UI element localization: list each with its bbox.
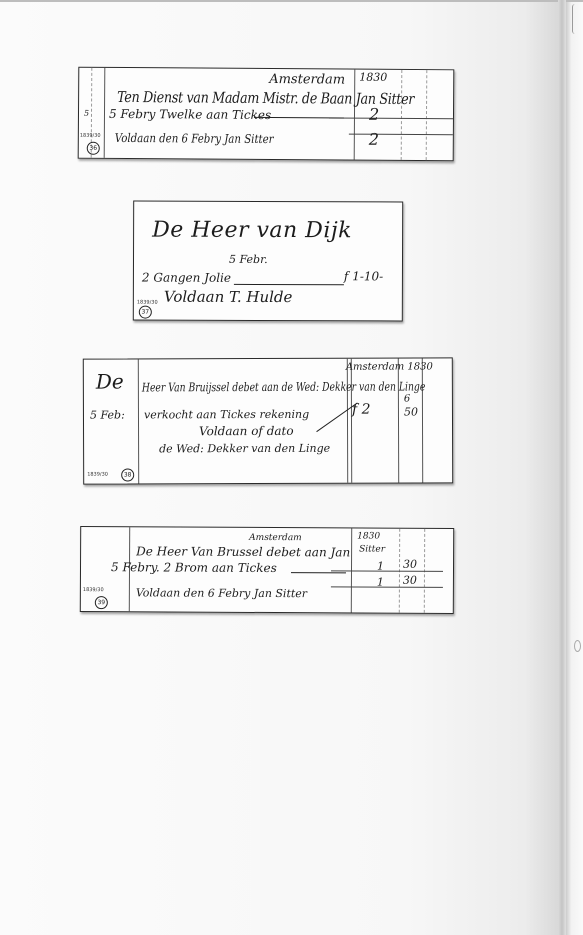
receipt-slip-38: De 5 Feb: Amsterdam 1830 Heer Van Bruijs…	[83, 357, 453, 484]
page-spine-shadow	[558, 0, 566, 935]
line-3: Voldaan den 6 Febry Jan Sitter	[115, 132, 274, 145]
item-number-badge: 36	[87, 142, 100, 155]
line-2: verkocht aan Tickes rekening	[144, 409, 309, 421]
line-1: 2 Gangen Jolie	[142, 272, 231, 284]
amount-guilders: f 2	[352, 403, 371, 417]
column-rule	[398, 359, 399, 483]
row-rule	[331, 586, 443, 588]
receipt-slip-37: De Heer van Dijk 5 Febr. 2 Gangen Jolie …	[133, 201, 403, 322]
column-rule	[426, 70, 428, 160]
left-date: 5 Feb:	[90, 409, 125, 420]
line-2: 5 Febry Twelke aan Tickes	[109, 108, 271, 121]
line-1: Heer Van Bruijssel debet aan de Wed: Dek…	[142, 380, 425, 393]
date-text: 5 Febr.	[229, 254, 268, 265]
amount-2: 2	[369, 132, 379, 148]
amount-sub: 6	[404, 395, 410, 405]
line-4: de Wed: Dekker van den Linge	[159, 443, 330, 455]
amount-leader-line	[234, 284, 344, 285]
place-text: Amsterdam	[269, 73, 345, 87]
page-top-edge	[0, 0, 583, 2]
amount-1-guilders: 1	[377, 561, 384, 572]
date-prefix: 5	[84, 110, 89, 118]
left-heading: De	[96, 372, 124, 392]
column-rule	[351, 359, 352, 483]
line-2: 5 Febry. 2 Brom aan Tickes	[111, 561, 277, 574]
line-1: De Heer Van Brussel debet aan Jan	[136, 545, 350, 558]
catalog-reference: 1839/30	[83, 587, 104, 593]
column-rule	[138, 359, 139, 483]
amount-1-cents: 30	[403, 559, 417, 570]
receipt-slip-39: Amsterdam 1830 Sitter De Heer Van Brusse…	[80, 526, 454, 614]
amount-leader-line	[291, 572, 346, 573]
item-number-badge: 39	[95, 596, 108, 609]
amount-2-guilders: 1	[377, 577, 384, 588]
place-text: Amsterdam	[249, 534, 302, 543]
amount-2-cents: 30	[403, 575, 417, 586]
line-3: Voldaan of dato	[199, 425, 294, 437]
receipt-slip-36: Amsterdam 1830 Ten Dienst van Madam Mist…	[78, 67, 455, 162]
archive-page: Amsterdam 1830 Ten Dienst van Madam Mist…	[0, 0, 583, 935]
margin-mark	[574, 640, 581, 652]
header-right: Amsterdam 1830	[346, 362, 433, 372]
line-3: Voldaan den 6 Febry Jan Sitter	[136, 587, 307, 599]
column-rule	[104, 68, 106, 158]
catalog-reference: 1839/30	[80, 133, 101, 139]
amount-cents: 50	[404, 406, 418, 417]
row-rule	[331, 570, 443, 572]
header-right: Sitter	[359, 545, 385, 554]
year-text: 1830	[359, 72, 387, 83]
column-rule	[401, 70, 403, 160]
column-rule	[347, 359, 348, 483]
amount-1: 2	[369, 107, 379, 123]
column-rule	[422, 358, 423, 482]
catalog-reference: 1839/30	[137, 300, 158, 306]
margin-mark	[572, 4, 579, 34]
item-number-badge: 37	[139, 306, 152, 319]
amount-text: f 1-10-	[344, 270, 383, 282]
heading-text: De Heer van Dijk	[152, 220, 352, 243]
catalog-reference: 1839/30	[87, 472, 108, 478]
row-rule	[329, 117, 453, 119]
column-rule	[354, 70, 356, 160]
item-number-badge: 38	[121, 468, 134, 481]
line-2: Voldaan T. Hulde	[164, 290, 293, 305]
year-text: 1830	[357, 532, 380, 541]
